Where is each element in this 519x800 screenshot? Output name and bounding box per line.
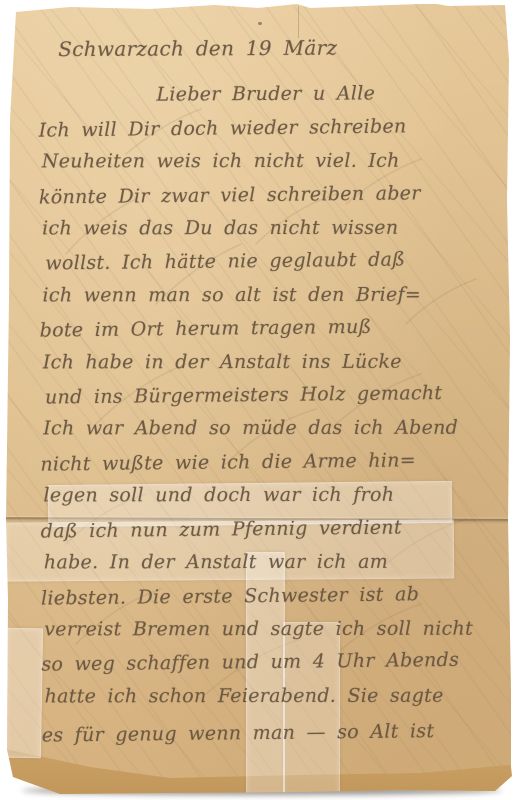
letter-line: und ins Bürgermeisters Holz gemacht — [40, 376, 492, 415]
letter-line: bote im Ort herum tragen muß — [39, 310, 491, 349]
letter-paper: Schwarzach den 19 März Lieber Bruder u A… — [6, 4, 513, 794]
letter-line: ich weis das Du das nicht wissen — [39, 212, 491, 246]
letter-line: hatte ich schon Feierabend. Sie sagte — [42, 679, 494, 713]
letter-line: es für genug wenn man — so Alt ist — [42, 715, 494, 754]
letter-line: könnte Dir zwar viel schreiben aber — [39, 176, 491, 215]
handwritten-text: Schwarzach den 19 März Lieber Bruder u A… — [38, 31, 494, 752]
letter-line: daß ich nun zum Pfennig verdient — [41, 510, 493, 549]
letter-dateline: Schwarzach den 19 März — [58, 31, 490, 67]
letter-line: Neuheiten weis ich nicht viel. Ich — [39, 145, 491, 179]
letter-line: legen soll und doch war ich froh — [41, 479, 493, 513]
letter-line: Ich habe in der Anstalt ins Lücke — [40, 345, 492, 379]
ink-speck — [258, 22, 262, 25]
letter-line: so weg schaffen und um 4 Uhr Abends — [41, 644, 493, 683]
tape-strip-left-edge — [5, 628, 43, 759]
letter-line: wollst. Ich hätte nie geglaubt daß — [39, 243, 491, 282]
letter-line: Ich will Dir doch wieder schreiben — [38, 109, 490, 148]
letter-line: liebsten. Die erste Schwester ist ab — [41, 577, 493, 616]
letter-line: habe. In der Anstalt war ich am — [41, 546, 493, 580]
letter-salutation: Lieber Bruder u Alle — [156, 77, 490, 112]
letter-line: verreist Bremen und sagte ich soll nicht — [41, 613, 493, 647]
letter-line: nicht wußte wie ich die Arme hin= — [40, 443, 492, 482]
letter-line: ich wenn man so alt ist den Brief= — [39, 278, 491, 312]
letter-line: Ich war Abend so müde das ich Abend — [40, 412, 492, 446]
